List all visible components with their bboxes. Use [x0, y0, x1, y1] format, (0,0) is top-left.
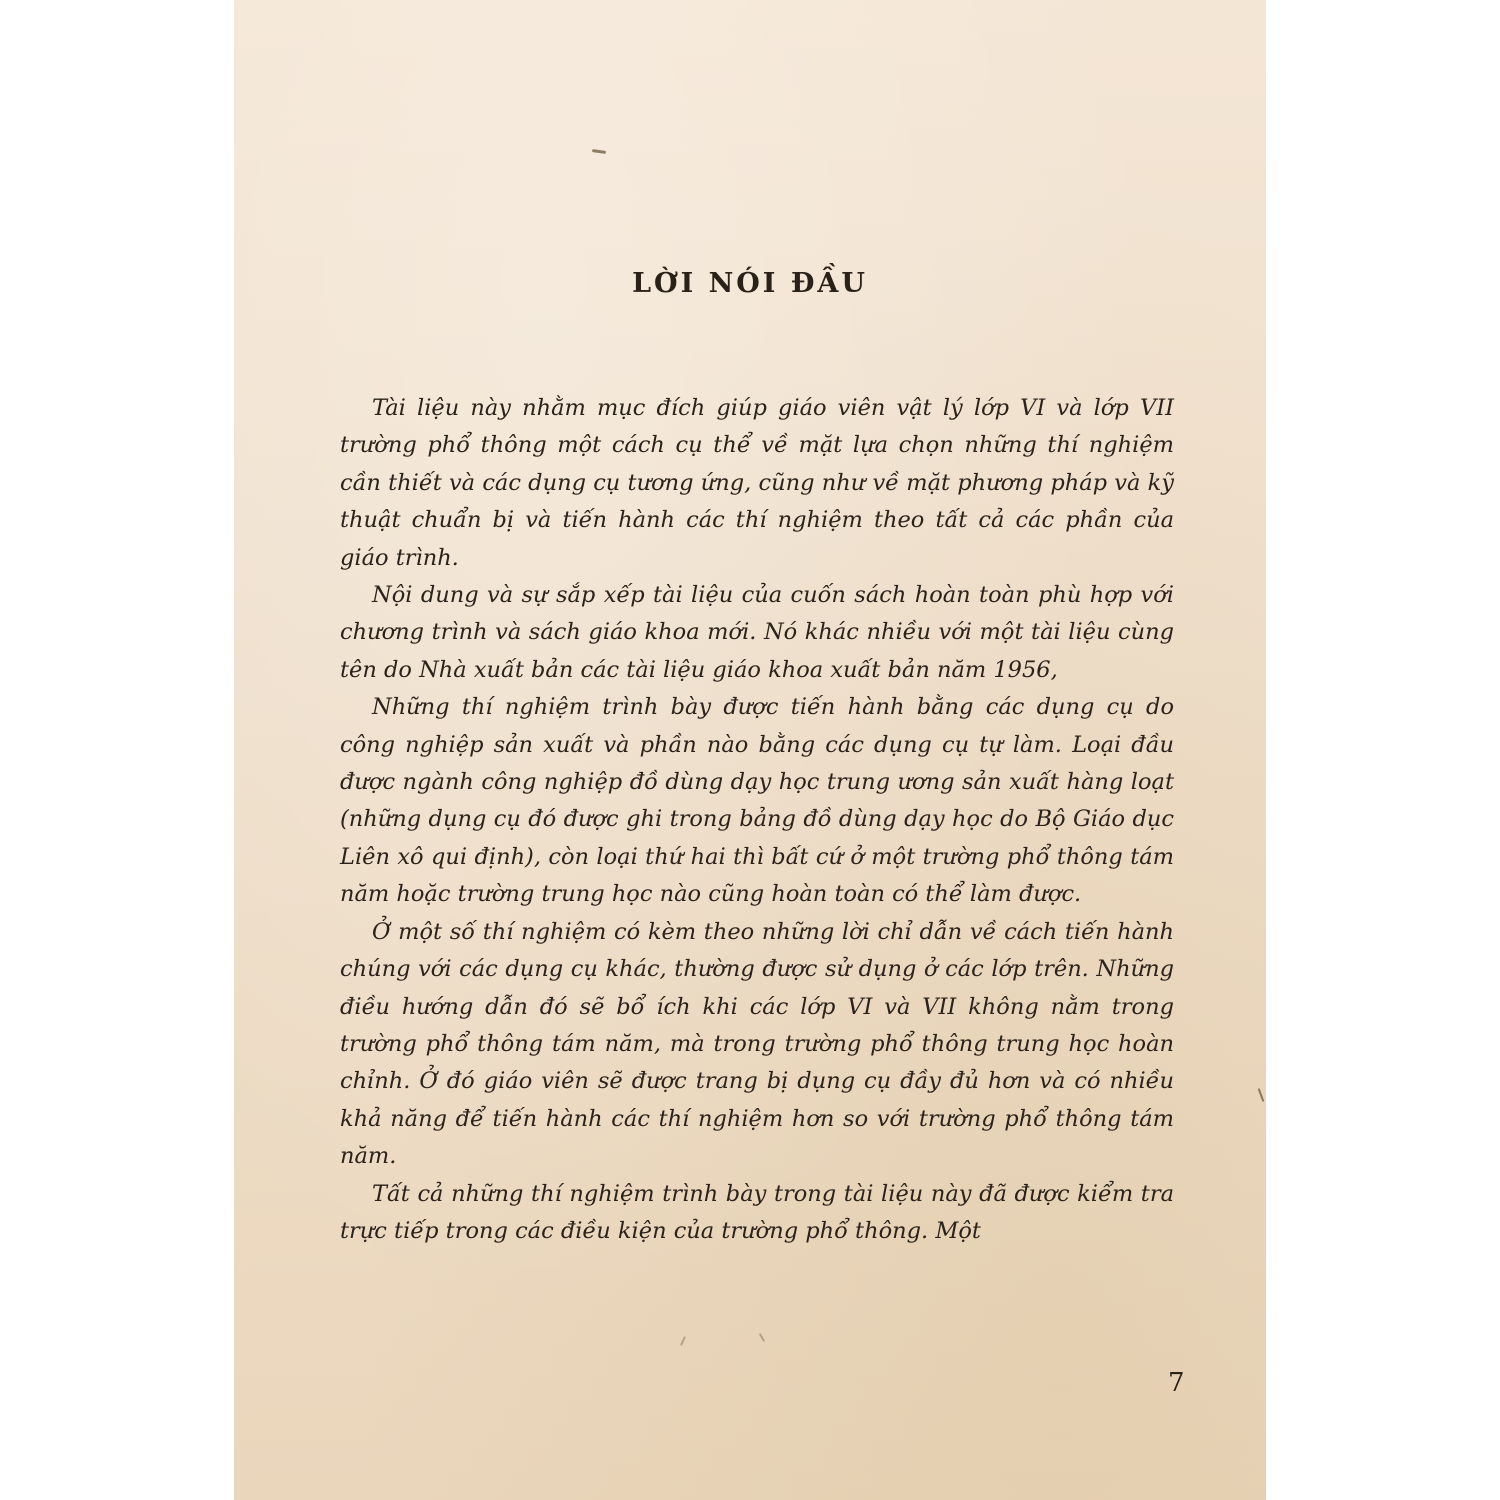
- paragraph: Những thí nghiệm trình bày được tiến hàn…: [340, 689, 1174, 913]
- paragraph: Nội dung và sự sắp xếp tài liệu của cuốn…: [340, 577, 1174, 689]
- paper-speck: [592, 149, 606, 154]
- page-number: 7: [1168, 1368, 1185, 1398]
- book-page: LỜI NÓI ĐẦU Tài liệu này nhằm mục đích g…: [234, 0, 1266, 1500]
- preface-body: Tài liệu này nhằm mục đích giúp giáo viê…: [340, 390, 1174, 1250]
- paragraph: Ở một số thí nghiệm có kèm theo những lờ…: [340, 914, 1174, 1176]
- paper-speck: [1258, 1088, 1265, 1102]
- page-title: LỜI NÓI ĐẦU: [234, 268, 1266, 299]
- paper-speck: [680, 1336, 686, 1346]
- paragraph: Tài liệu này nhằm mục đích giúp giáo viê…: [340, 390, 1174, 577]
- paper-speck: [759, 1333, 765, 1342]
- paragraph: Tất cả những thí nghiệm trình bày trong …: [340, 1176, 1174, 1251]
